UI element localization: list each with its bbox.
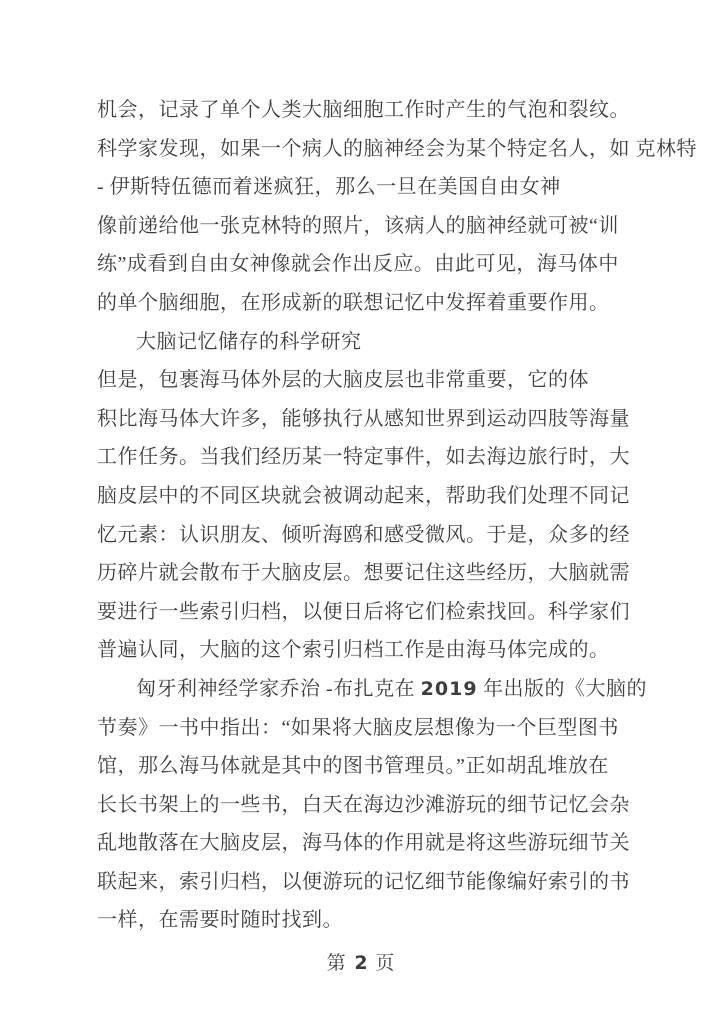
document-body: 机会，记录了单个人类大脑细胞工作时产生的气泡和裂纹。科学家发现，如果一个病人的脑…: [97, 91, 642, 940]
text-line: 练”成看到自由女神像就会作出反应。由此可见，海马体中: [97, 245, 642, 284]
text-line: 但是，包裹海马体外层的大脑皮层也非常重要，它的体: [97, 361, 642, 400]
text-line: 历碎片就会散布于大脑皮层。想要记住这些经历，大脑就需: [97, 554, 642, 593]
text-line: 机会，记录了单个人类大脑细胞工作时产生的气泡和裂纹。: [97, 91, 642, 130]
page-number-label: 第 2 页: [327, 953, 397, 974]
text-line: 的单个脑细胞，在形成新的联想记忆中发挥着重要作用。: [97, 284, 642, 323]
text-line: 大脑记忆储存的科学研究: [97, 323, 642, 362]
text-line: 长长书架上的一些书，白天在海边沙滩游玩的细节记忆会杂: [97, 786, 642, 825]
text-line: - 伊斯特伍德而着迷疯狂，那么一旦在美国自由女神: [97, 168, 642, 207]
text-line: 馆，那么海马体就是其中的图书管理员。”正如胡乱堆放在: [97, 747, 642, 786]
text-line: 像前递给他一张克林特的照片，该病人的脑神经就可被“训: [97, 207, 642, 246]
text-line: 普遍认同，大脑的这个索引归档工作是由海马体完成的。: [97, 631, 642, 670]
text-line: 乱地散落在大脑皮层，海马体的作用就是将这些游玩细节关: [97, 824, 642, 863]
text-line: 积比海马体大许多，能够执行从感知世界到运动四肢等海量: [97, 400, 642, 439]
text-line: 匈牙利神经学家乔治 -布扎克在 2019 年出版的《大脑的: [97, 670, 642, 709]
text-line: 要进行一些索引归档，以便日后将它们检索找回。科学家们: [97, 593, 642, 632]
text-line: 节奏》一书中指出：“如果将大脑皮层想像为一个巨型图书: [97, 709, 642, 748]
text-line: 工作任务。当我们经历某一特定事件，如去海边旅行时，大: [97, 438, 642, 477]
text-line: 联起来，索引归档，以便游玩的记忆细节能像编好索引的书: [97, 863, 642, 902]
document-page: 机会，记录了单个人类大脑细胞工作时产生的气泡和裂纹。科学家发现，如果一个病人的脑…: [0, 0, 723, 1024]
text-line: 科学家发现，如果一个病人的脑神经会为某个特定名人，如 克林特: [97, 130, 642, 169]
text-line: 一样，在需要时随时找到。: [97, 901, 642, 940]
text-line: 脑皮层中的不同区块就会被调动起来，帮助我们处理不同记: [97, 477, 642, 516]
text-line: 忆元素：认识朋友、倾听海鸥和感受微风。于是，众多的经: [97, 516, 642, 555]
page-footer: 第 2 页: [0, 944, 723, 982]
